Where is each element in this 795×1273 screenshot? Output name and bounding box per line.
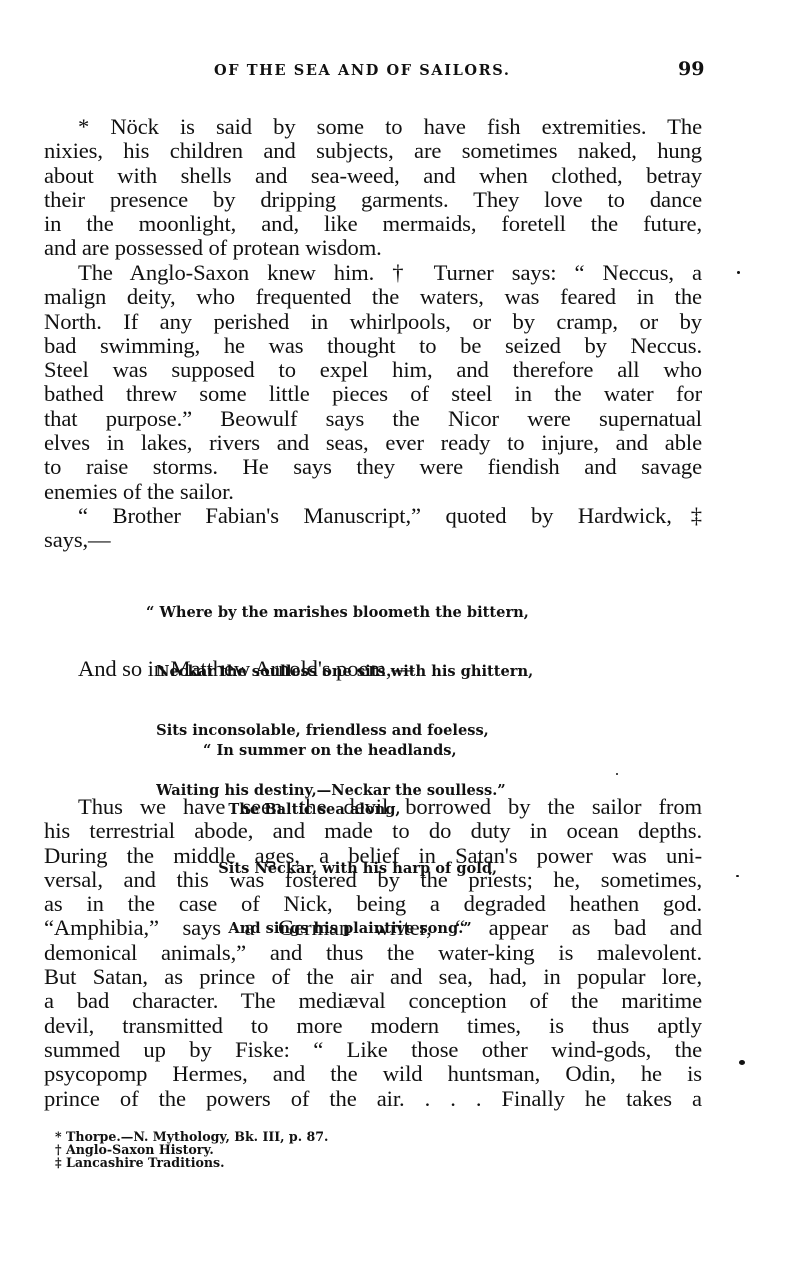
footnote: ‡ Lancashire Traditions. — [55, 1156, 328, 1169]
text-line: North. If any perished in whirlpools, or… — [44, 310, 702, 334]
text-line: versal, and this was fostered by the pri… — [44, 868, 702, 892]
text-line: Thus we have seen the devil borrowed by … — [44, 795, 702, 819]
text-line: bathed threw some little pieces of steel… — [44, 382, 702, 406]
text-line: devil, transmitted to more modern times,… — [44, 1014, 702, 1038]
paragraph-devil-borrowed: Thus we have seen the devil borrowed by … — [44, 795, 702, 1111]
text-line: in the moonlight, and, like mermaids, fo… — [44, 212, 702, 236]
text-line: that purpose.” Beowulf says the Nicor we… — [44, 407, 702, 431]
scan-speck — [736, 875, 739, 877]
text-line: and are possessed of protean wisdom. — [44, 236, 702, 260]
text-line: * Nöck is said by some to have fish extr… — [44, 115, 702, 139]
text-line: nixies, his children and subjects, are s… — [44, 139, 702, 163]
text-line: elves in lakes, rivers and seas, ever re… — [44, 431, 702, 455]
paragraph-brother-fabian: “ Brother Fabian's Manuscript,” quoted b… — [44, 504, 702, 553]
running-head: OF THE SEA AND OF SAILORS. — [214, 62, 510, 79]
text-line: psycopomp Hermes, and the wild huntsman,… — [44, 1062, 702, 1086]
text-line: as in the case of Nick, being a degraded… — [44, 892, 702, 916]
footnotes: * Thorpe.—N. Mythology, Bk. III, p. 87. … — [55, 1130, 328, 1169]
text-line: bad swimming, he was thought to be seize… — [44, 334, 702, 358]
text-line: summed up by Fiske: “ Like those other w… — [44, 1038, 702, 1062]
text-line: to raise storms. He says they were fiend… — [44, 455, 702, 479]
text-line: During the middle ages, a belief in Sata… — [44, 844, 702, 868]
text-line: about with shells and sea-weed, and when… — [44, 164, 702, 188]
text-line: their presence by dripping garments. The… — [44, 188, 702, 212]
text-line: demonical animals,” and thus the water-k… — [44, 941, 702, 965]
scan-speck — [616, 773, 618, 775]
text-line: And so in Matthew Arnold's poem,— — [44, 657, 702, 681]
paragraph-nock: * Nöck is said by some to have fish extr… — [44, 115, 702, 261]
verse-line: “ In summer on the headlands, — [203, 741, 497, 761]
paragraph-matthew-arnold: And so in Matthew Arnold's poem,— — [44, 657, 702, 681]
page-number: 99 — [678, 58, 704, 80]
text-line: But Satan, as prince of the air and sea,… — [44, 965, 702, 989]
text-line: “ Brother Fabian's Manuscript,” quoted b… — [44, 504, 702, 528]
text-line: “Amphibia,” says a German writer, “ appe… — [44, 916, 702, 940]
verse-line: “ Where by the marishes bloometh the bit… — [146, 603, 533, 623]
text-line: his terrestrial abode, and made to do du… — [44, 819, 702, 843]
text-line: malign deity, who frequented the waters,… — [44, 285, 702, 309]
text-line: prince of the powers of the air. . . . F… — [44, 1087, 702, 1111]
text-line: Steel was supposed to expel him, and the… — [44, 358, 702, 382]
text-line: says,— — [44, 528, 702, 552]
text-line: a bad character. The mediæval conception… — [44, 989, 702, 1013]
text-line: enemies of the sailor. — [44, 480, 702, 504]
scan-speck — [739, 1060, 745, 1065]
paragraph-anglo-saxon: The Anglo-Saxon knew him. † Turner says:… — [44, 261, 702, 504]
scan-speck — [737, 271, 740, 274]
book-page: OF THE SEA AND OF SAILORS. 99 * Nöck is … — [0, 0, 795, 1273]
text-line: The Anglo-Saxon knew him. † Turner says:… — [44, 261, 702, 285]
